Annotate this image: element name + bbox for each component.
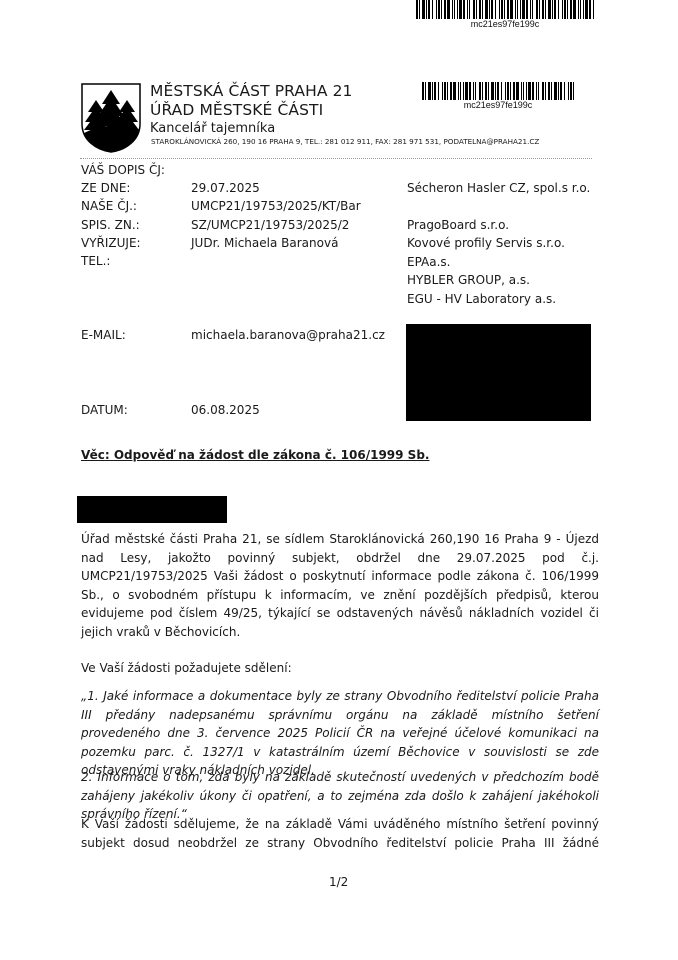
barcode-bars [422, 82, 574, 100]
contact-address: STAROKLÁNOVICKÁ 260, 190 16 PRAHA 9, TEL… [151, 137, 539, 146]
email-label: E-MAIL: [81, 326, 126, 345]
handler-label: VYŘIZUJE: [81, 234, 141, 253]
body-paragraph-response: K Vaší žádosti sdělujeme, že na základě … [81, 815, 599, 852]
barcode-bars [416, 0, 594, 19]
office-name: ÚŘAD MĚSTSKÉ ČÁSTI [150, 101, 323, 120]
file-ref-value: SZ/UMCP21/19753/2025/2 [191, 216, 349, 235]
redacted-salutation [77, 496, 227, 523]
email-value: michaela.baranova@praha21.cz [191, 326, 385, 345]
body-paragraph-request: Ve Vaší žádosti požadujete sdělení: [81, 659, 599, 678]
coat-of-arms-trees-icon [80, 82, 142, 158]
barcode-label: mc21es97fe199c [422, 100, 574, 110]
recipient: HYBLER GROUP, a.s. [407, 271, 530, 290]
file-ref-label: SPIS. ZN.: [81, 216, 140, 235]
org-name: MĚSTSKÁ ČÁST PRAHA 21 [150, 82, 353, 101]
handler-value: JUDr. Michaela Baranová [191, 234, 338, 253]
issue-date-label: DATUM: [81, 401, 128, 420]
your-letter-label: VÁŠ DOPIS ČJ: [81, 161, 165, 180]
our-ref-label: NAŠE ČJ.: [81, 197, 137, 216]
our-ref-value: UMCP21/19753/2025/KT/Bar [191, 197, 361, 216]
date-value: 29.07.2025 [191, 179, 260, 198]
top-barcode: mc21es97fe199c [416, 0, 594, 29]
header-divider [80, 158, 592, 159]
page-number: 1/2 [329, 875, 348, 889]
recipient: Kovové profily Servis s.r.o. [407, 234, 565, 253]
body-paragraph-intro: Úřad městské části Praha 21, se sídlem S… [81, 530, 599, 641]
redacted-address-block [406, 324, 591, 421]
department-name: Kancelář tajemníka [150, 121, 275, 137]
recipient: Sécheron Hasler CZ, spol.s r.o. [407, 179, 590, 198]
quoted-question-1: „1. Jaké informace a dokumentace byly ze… [81, 687, 599, 780]
document-barcode: mc21es97fe199c [422, 82, 574, 110]
recipient: EGU - HV Laboratory a.s. [407, 290, 556, 309]
barcode-label: mc21es97fe199c [416, 19, 594, 29]
issue-date-value: 06.08.2025 [191, 401, 260, 420]
letter-subject: Věc: Odpověď na žádost dle zákona č. 106… [81, 448, 429, 462]
recipient: EPAa.s. [407, 253, 451, 272]
recipient: PragoBoard s.r.o. [407, 216, 509, 235]
phone-label: TEL.: [81, 252, 110, 271]
date-label: ZE DNE: [81, 179, 130, 198]
